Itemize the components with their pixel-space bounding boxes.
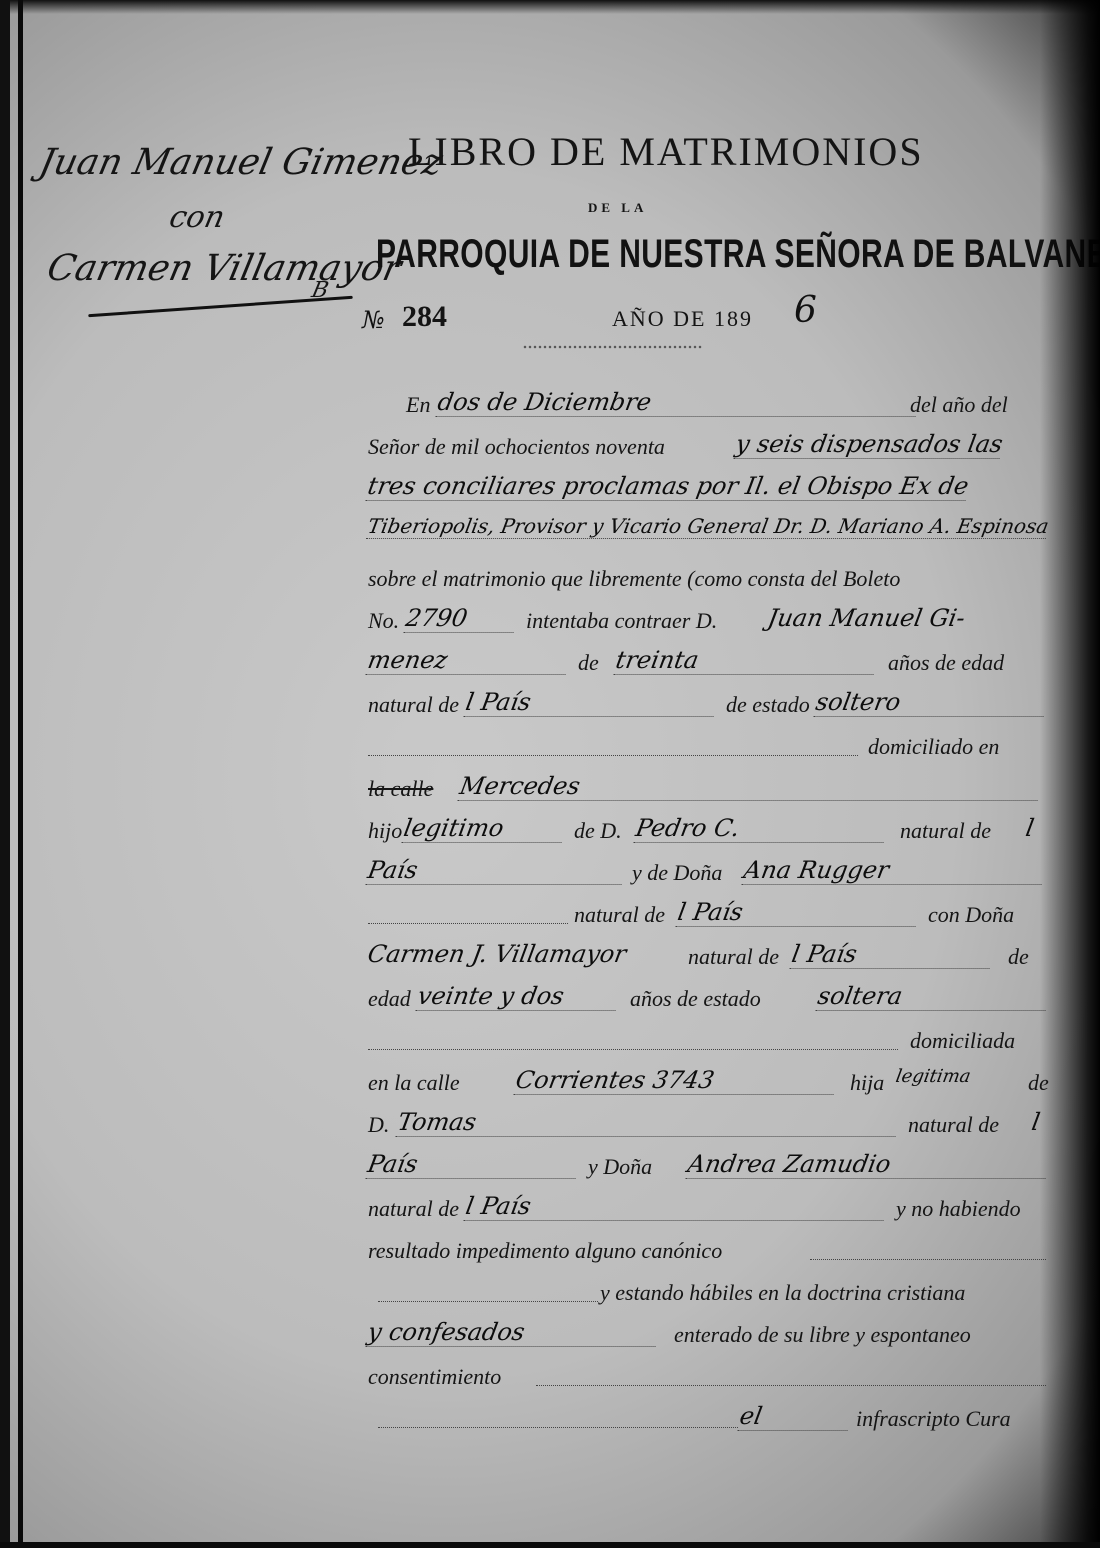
groom-father: Pedro C. [633, 814, 888, 843]
bride-mother: Andrea Zamudio [685, 1150, 1050, 1179]
page-bottom-edge [0, 1542, 1100, 1548]
record-line: hijo legitimo de D. Pedro C. natural de … [368, 814, 1048, 850]
record-number: 284 [402, 300, 447, 334]
book-title: LIBRO DE MATRIMONIOS [408, 128, 924, 175]
bride-name: Carmen J. Villamayor [366, 940, 629, 968]
bride-father: Tomas [395, 1108, 900, 1137]
document-page: Juan Manuel Gimenez con Carmen Villamayo… [10, 0, 1100, 1548]
record-line: en la calle Corrientes 3743 hija legitim… [368, 1066, 1048, 1102]
boleto-number: 2790 [403, 604, 518, 633]
year-label: AÑO DE 189 [612, 306, 753, 332]
record-line: y confesados enterado de su libre y espo… [368, 1318, 1048, 1354]
record-line: natural de l País con Doña [368, 898, 1048, 934]
record-line: natural de l País y no habiendo [368, 1192, 1048, 1228]
record-line: consentimiento [368, 1360, 1048, 1396]
margin-note-groom: Juan Manuel Gimenez [36, 142, 447, 183]
record-line: natural de l País de estado soltero [368, 688, 1048, 724]
record-line: edad veinte y dos años de estado soltera [368, 982, 1048, 1018]
groom-age: treinta [613, 646, 878, 675]
book-subtitle: DE LA [588, 200, 647, 216]
record-line: sobre el matrimonio que libremente (como… [368, 562, 1048, 598]
groom-status: soltero [813, 688, 1048, 717]
handwritten-dispensation: y seis dispensados las [733, 430, 1005, 459]
handwritten-date: dos de Diciembre [435, 388, 920, 417]
record-line: Tiberiopolis, Provisor y Vicario General… [368, 514, 1048, 550]
record-line: tres conciliares proclamas por Il. el Ob… [368, 472, 1048, 508]
handwritten-dispensation: Tiberiopolis, Provisor y Vicario General… [366, 514, 1051, 539]
record-line: D. Tomas natural de l [368, 1108, 1048, 1144]
margin-note-con: con [166, 200, 228, 235]
decorative-rule [522, 344, 702, 350]
record-line: la calle Mercedes [368, 772, 1048, 808]
record-line: Señor de mil ochocientos noventa y seis … [368, 430, 1048, 466]
year-handwritten: 6 [794, 290, 817, 331]
record-line: menez de treinta años de edad [368, 646, 1048, 682]
record-line: En dos de Diciembre del año del [368, 388, 1048, 424]
bride-age: veinte y dos [415, 982, 620, 1011]
record-line: Carmen J. Villamayor natural de l País d… [368, 940, 1048, 976]
record-line: No. 2790 intentaba contraer D. Juan Manu… [368, 604, 1048, 640]
bride-status: soltera [815, 982, 1050, 1011]
record-line: domiciliada [368, 1024, 1048, 1060]
margin-note-bride: Carmen Villamayor [44, 248, 405, 289]
groom-street: Mercedes [457, 772, 1042, 801]
parish-name: PARROQUIA DE NUESTRA SEÑORA DE BALVANERA [376, 232, 1100, 277]
record-line: y estando hábiles en la doctrina cristia… [368, 1276, 1048, 1312]
record-line: resultado impedimento alguno canónico [368, 1234, 1048, 1270]
record-line: País y de Doña Ana Rugger [368, 856, 1048, 892]
book-spine [18, 0, 23, 1548]
groom-mother: Ana Rugger [741, 856, 1046, 885]
record-line: País y Doña Andrea Zamudio [368, 1150, 1048, 1186]
handwritten-dispensation: tres conciliares proclamas por Il. el Ob… [365, 472, 970, 501]
number-label: № [362, 306, 385, 334]
record-line: domiciliado en [368, 730, 1048, 766]
record-line: el infrascripto Cura [368, 1402, 1048, 1438]
bride-address: Corrientes 3743 [513, 1066, 838, 1095]
groom-name: Juan Manuel Gi- [766, 604, 968, 632]
groom-origin: l País [463, 688, 718, 717]
margin-underline [88, 296, 353, 317]
